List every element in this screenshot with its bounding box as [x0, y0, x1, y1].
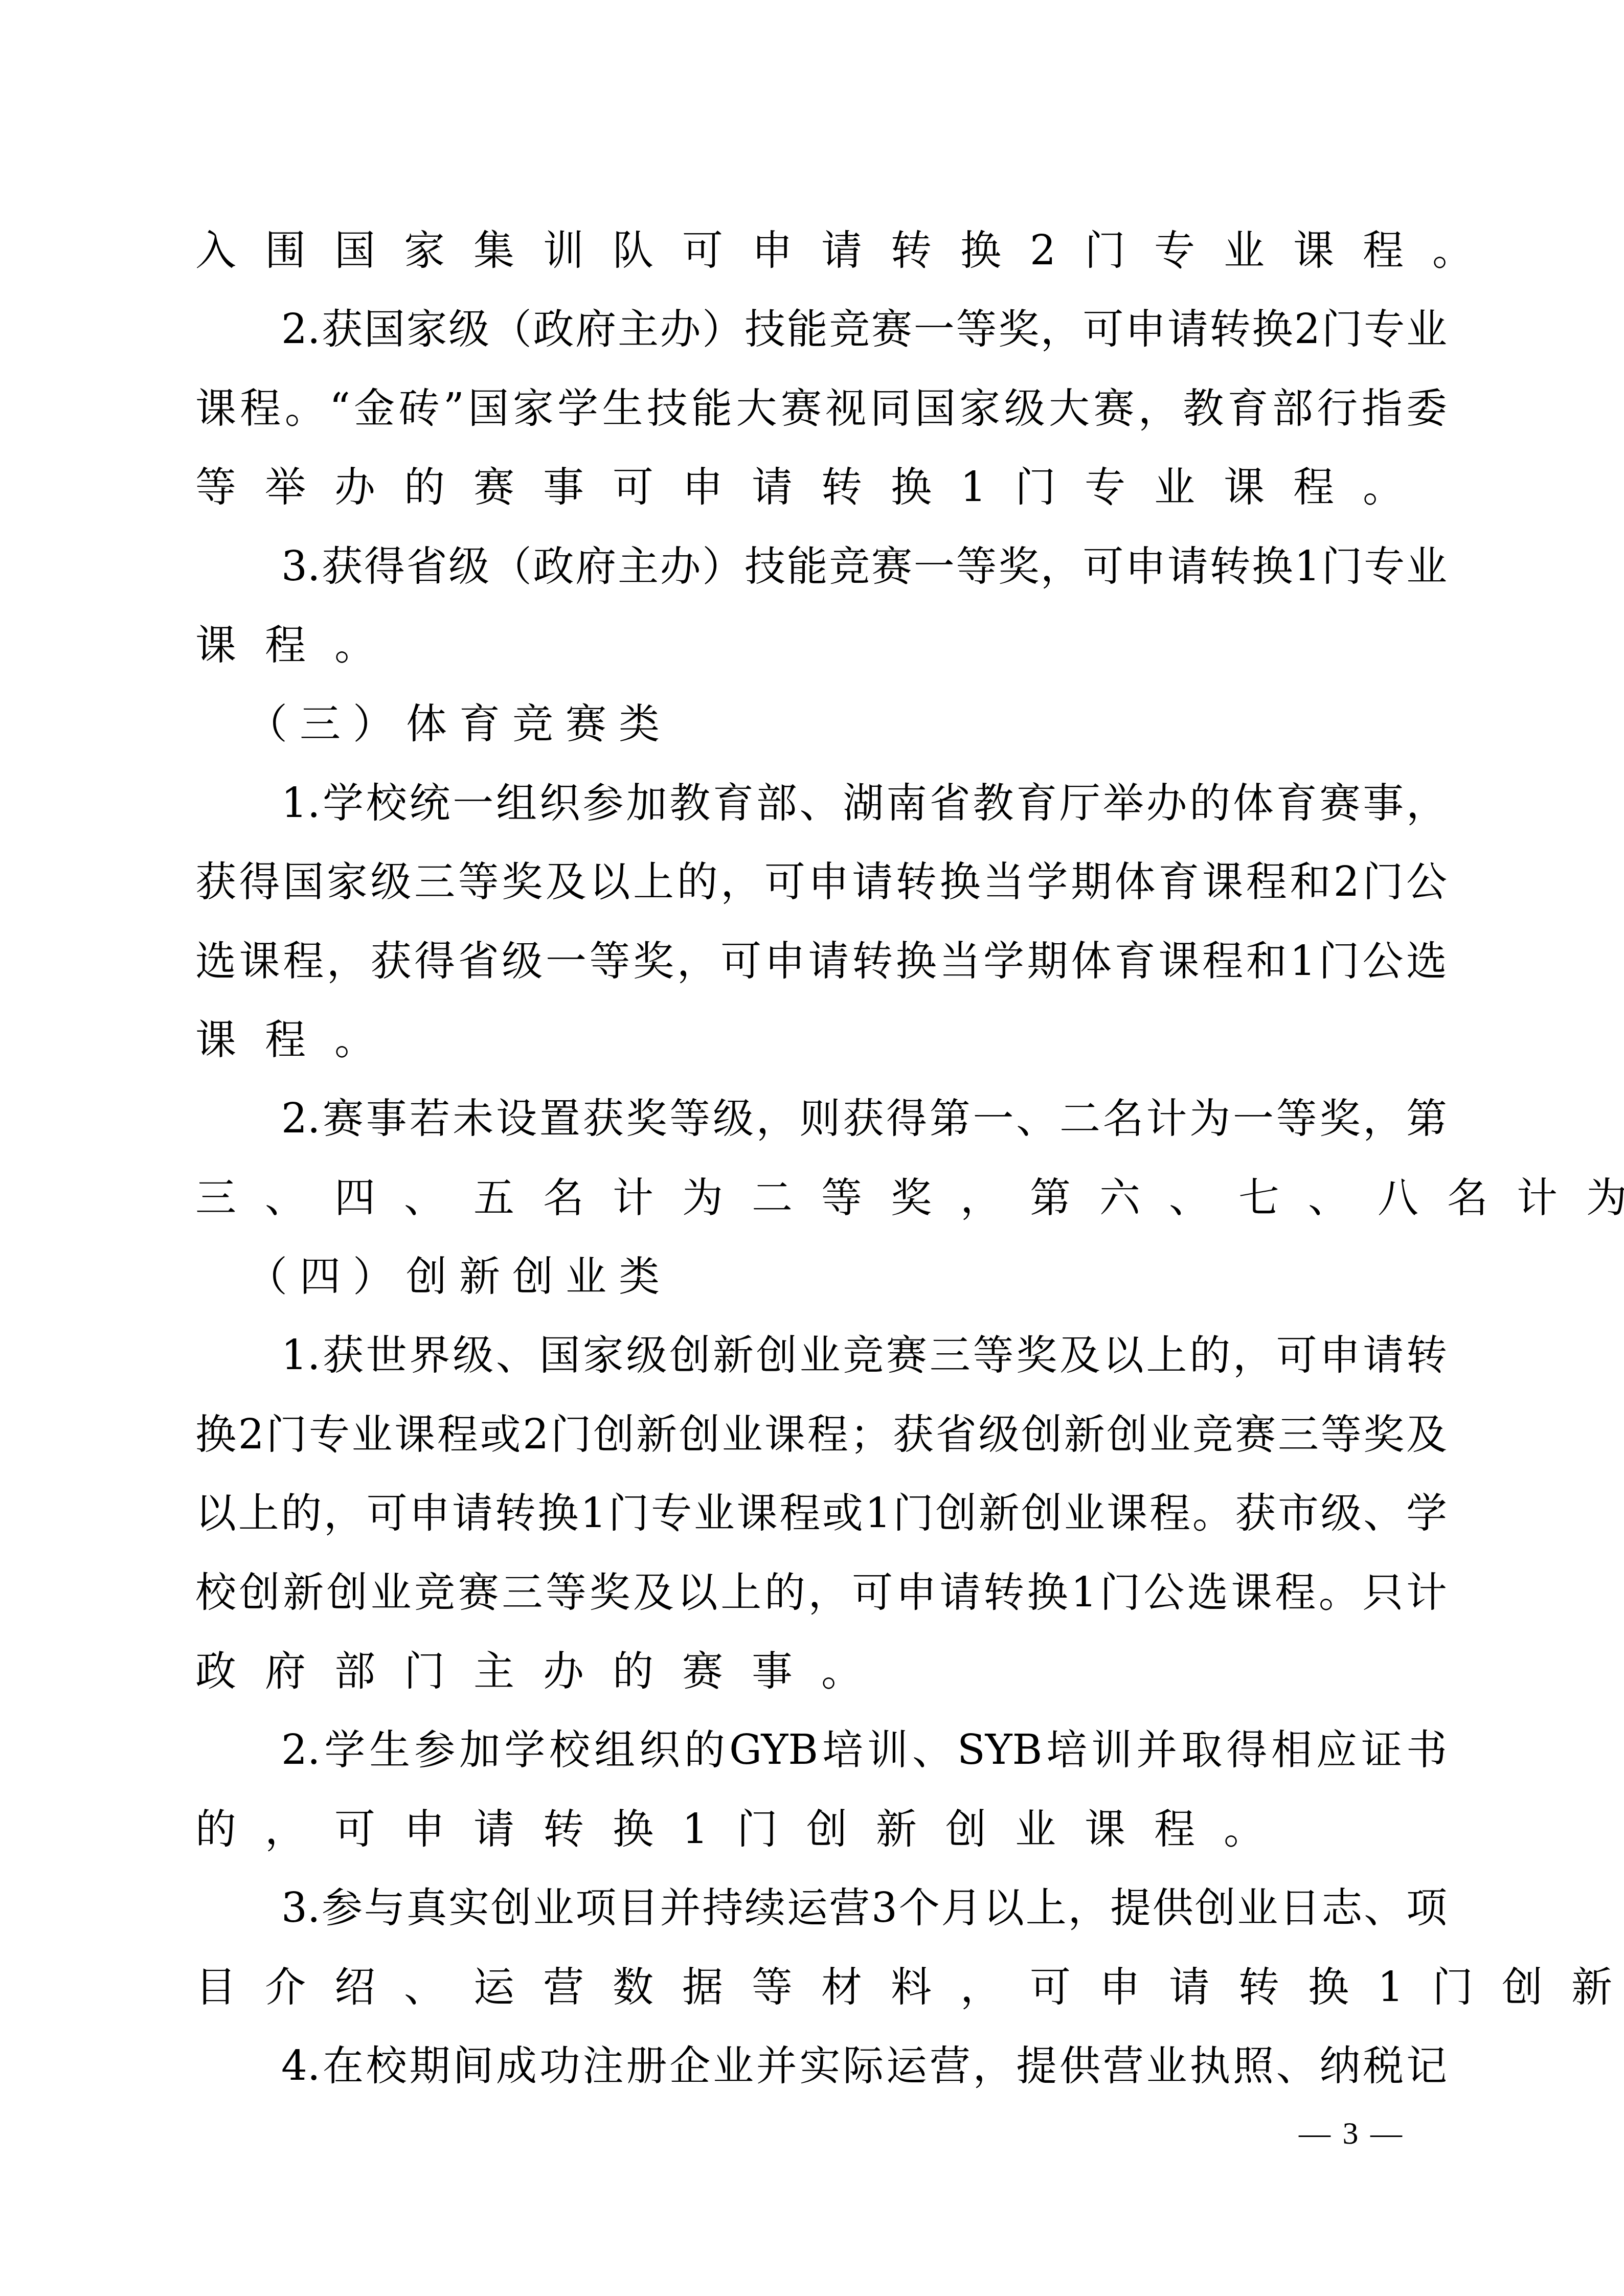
document-page: 入围国家集训队可申请转换2门专业课程。 2.获国家级（政府主办）技能竞赛一等奖，… [0, 0, 1624, 2296]
paragraph-innovation-3: 3.参与真实创业项目并持续运营3个月以上，提供创业日志、项 [195, 1877, 1447, 1956]
paragraph-innovation-4: 4.在校期间成功注册企业并实际运营，提供营业执照、纳税记 [195, 2035, 1447, 2114]
paragraph-innovation-1: 1.获世界级、国家级创新创业竞赛三等奖及以上的，可申请转 [195, 1325, 1447, 1403]
text-line: 的，可申请转换1门创新创业课程。 [195, 1799, 1447, 1877]
paragraph-innovation-2: 2.学生参加学校组织的GYB培训、SYB培训并取得相应证书 [195, 1719, 1447, 1798]
document-body: 入围国家集训队可申请转换2门专业课程。 2.获国家级（政府主办）技能竞赛一等奖，… [195, 220, 1447, 2114]
text-line: 等举办的赛事可申请转换1门专业课程。 [195, 457, 1447, 535]
text-line: 选课程，获得省级一等奖，可申请转换当学期体育课程和1门公选 [195, 930, 1447, 1009]
section-heading-sports: （三）体育竞赛类 [195, 693, 1447, 772]
paragraph-sports-1: 1.学校统一组织参加教育部、湖南省教育厅举办的体育赛事， [195, 772, 1447, 851]
paragraph-sports-2: 2.赛事若未设置获奖等级，则获得第一、二名计为一等奖，第 [195, 1088, 1447, 1167]
text-line: 政府部门主办的赛事。 [195, 1641, 1447, 1719]
text-line: 三、四、五名计为二等奖，第六、七、八名计为三等奖。 [195, 1167, 1447, 1246]
paragraph-skill-provincial: 3.获得省级（政府主办）技能竞赛一等奖，可申请转换1门专业 [195, 536, 1447, 615]
text-line: 课程。“金砖”国家学生技能大赛视同国家级大赛，教育部行指委 [195, 378, 1447, 457]
text-line: 获得国家级三等奖及以上的，可申请转换当学期体育课程和2门公 [195, 851, 1447, 930]
section-heading-innovation: （四）创新创业类 [195, 1246, 1447, 1325]
text-line: 目介绍、运营数据等材料，可申请转换1门创新创业课程。 [195, 1957, 1447, 2035]
page-number: — 3 — [1299, 2116, 1404, 2151]
text-line: 以上的，可申请转换1门专业课程或1门创新创业课程。获市级、学 [195, 1483, 1447, 1561]
text-line: 入围国家集训队可申请转换2门专业课程。 [195, 220, 1447, 299]
text-line: 校创新创业竞赛三等奖及以上的，可申请转换1门公选课程。只计 [195, 1562, 1447, 1641]
text-line: 换2门专业课程或2门创新创业课程；获省级创新创业竞赛三等奖及 [195, 1404, 1447, 1483]
paragraph-skill-national: 2.获国家级（政府主办）技能竞赛一等奖，可申请转换2门专业 [195, 299, 1447, 377]
text-line: 课程。 [195, 1009, 1447, 1088]
text-line: 课程。 [195, 615, 1447, 693]
